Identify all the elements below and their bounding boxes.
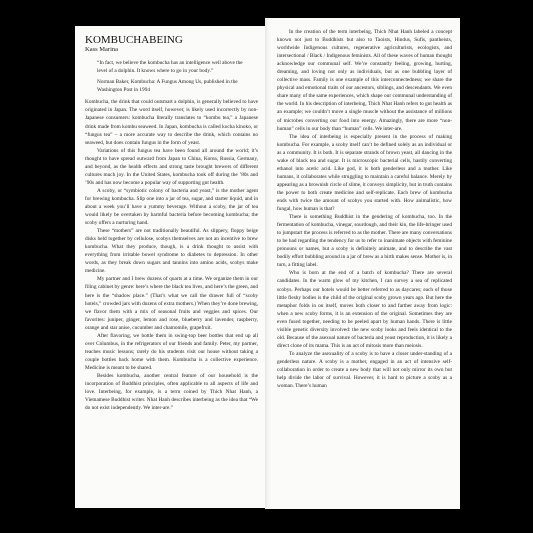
left-page: KOMBUCHABEING Kass Marina “In fact, we b… [75,26,266,508]
paragraph: Kombucha, the drink that could outsmart … [85,98,258,146]
epigraph-source: Norman Baker, Kombucha: A Fungus Among U… [97,79,254,94]
paragraph: Who is born at the end of a batch of kom… [277,269,452,349]
paragraph: In the creation of the term interbeing, … [277,28,452,133]
author-name: Kass Marina [85,46,258,54]
paragraph: Variations of this fungus tea have been … [85,147,258,187]
paragraph: The idea of interbeing is especially pre… [277,133,452,213]
paragraph: My partner and I brew dozens of quarts a… [85,275,258,331]
paragraph: These “mothers” are not traditionally be… [85,227,258,275]
right-page: In the creation of the term interbeing, … [265,18,460,509]
epigraph-quote: “In fact, we believe the kombucha has an… [97,60,254,75]
paragraph: Besides kombucha, another central featur… [85,372,258,412]
paragraph: To analyze the asexuality of a scoby is … [277,350,452,390]
paragraph: A scoby, or “symbiotic colony of bacteri… [85,187,258,227]
left-body: Kombucha, the drink that could outsmart … [85,98,258,412]
paragraph: After flavoring, we bottle them in swing… [85,332,258,372]
right-body: In the creation of the term interbeing, … [277,28,452,390]
paragraph: There is something Buddhist in the gende… [277,213,452,269]
article-title: KOMBUCHABEING [85,34,258,46]
